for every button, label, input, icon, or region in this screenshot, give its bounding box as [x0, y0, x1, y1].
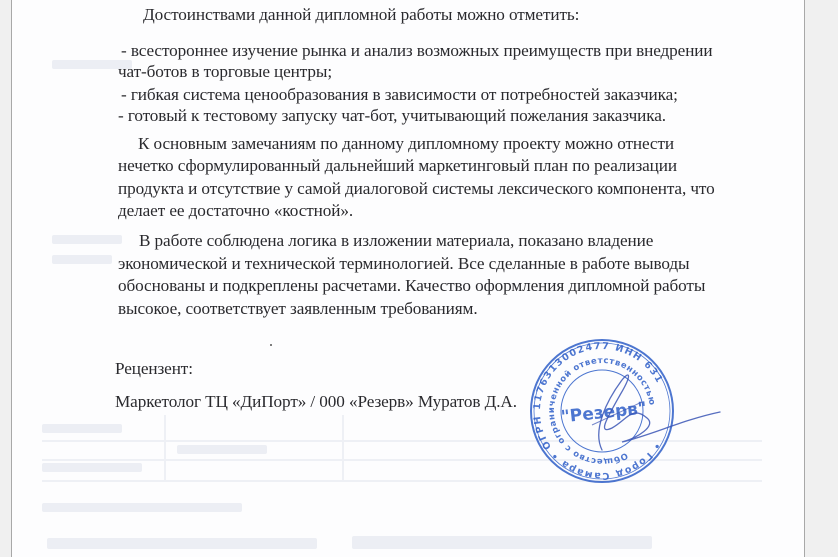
bleed-through-text: [177, 445, 267, 454]
bleed-through-text: [42, 463, 142, 472]
advantages-intro: Достоинствами данной дипломной работы мо…: [143, 6, 579, 23]
remarks-line: делает ее достаточно «костной».: [118, 202, 353, 219]
remarks-line: К основным замечаниям по данному дипломн…: [138, 135, 674, 152]
bleed-through-text: [47, 538, 317, 549]
advantage-item-continuation: чат-ботов в торговые центры;: [118, 63, 332, 80]
bleed-through-text: [42, 503, 242, 512]
bleed-through-text: [352, 536, 652, 549]
advantage-item: - готовый к тестовому запуску чат-бот, у…: [118, 107, 666, 124]
advantage-item: - гибкая система ценообразования в завис…: [121, 86, 678, 103]
conclusion-line: высокое, соответствует заявленным требов…: [118, 300, 478, 317]
scan-speck: [270, 344, 272, 346]
advantage-item: - всестороннее изучение рынка и анализ в…: [121, 42, 713, 59]
reviewer-label: Рецензент:: [115, 360, 193, 377]
bleed-through-text: [52, 255, 112, 264]
remarks-line: нечетко сформулированный дальнейший марк…: [118, 157, 677, 174]
conclusion-line: обоснованы и подкреплены расчетами. Каче…: [118, 277, 705, 294]
document-viewer: Достоинствами данной дипломной работы мо…: [0, 0, 838, 557]
remarks-line: продукта и отсутствие у самой диалоговой…: [118, 180, 715, 197]
bleed-through-line: [164, 415, 166, 482]
conclusion-line: В работе соблюдена логика в изложении ма…: [139, 232, 653, 249]
bleed-through-text: [52, 235, 122, 244]
bleed-through-text: [42, 424, 122, 433]
scanned-page[interactable]: Достоинствами данной дипломной работы мо…: [11, 0, 805, 557]
reviewer-name: Маркетолог ТЦ «ДиПорт» / 000 «Резерв» Му…: [115, 393, 517, 410]
bleed-through-line: [342, 415, 344, 482]
reviewer-signature: [552, 350, 732, 470]
conclusion-line: экономической и технической терминологие…: [118, 255, 689, 272]
